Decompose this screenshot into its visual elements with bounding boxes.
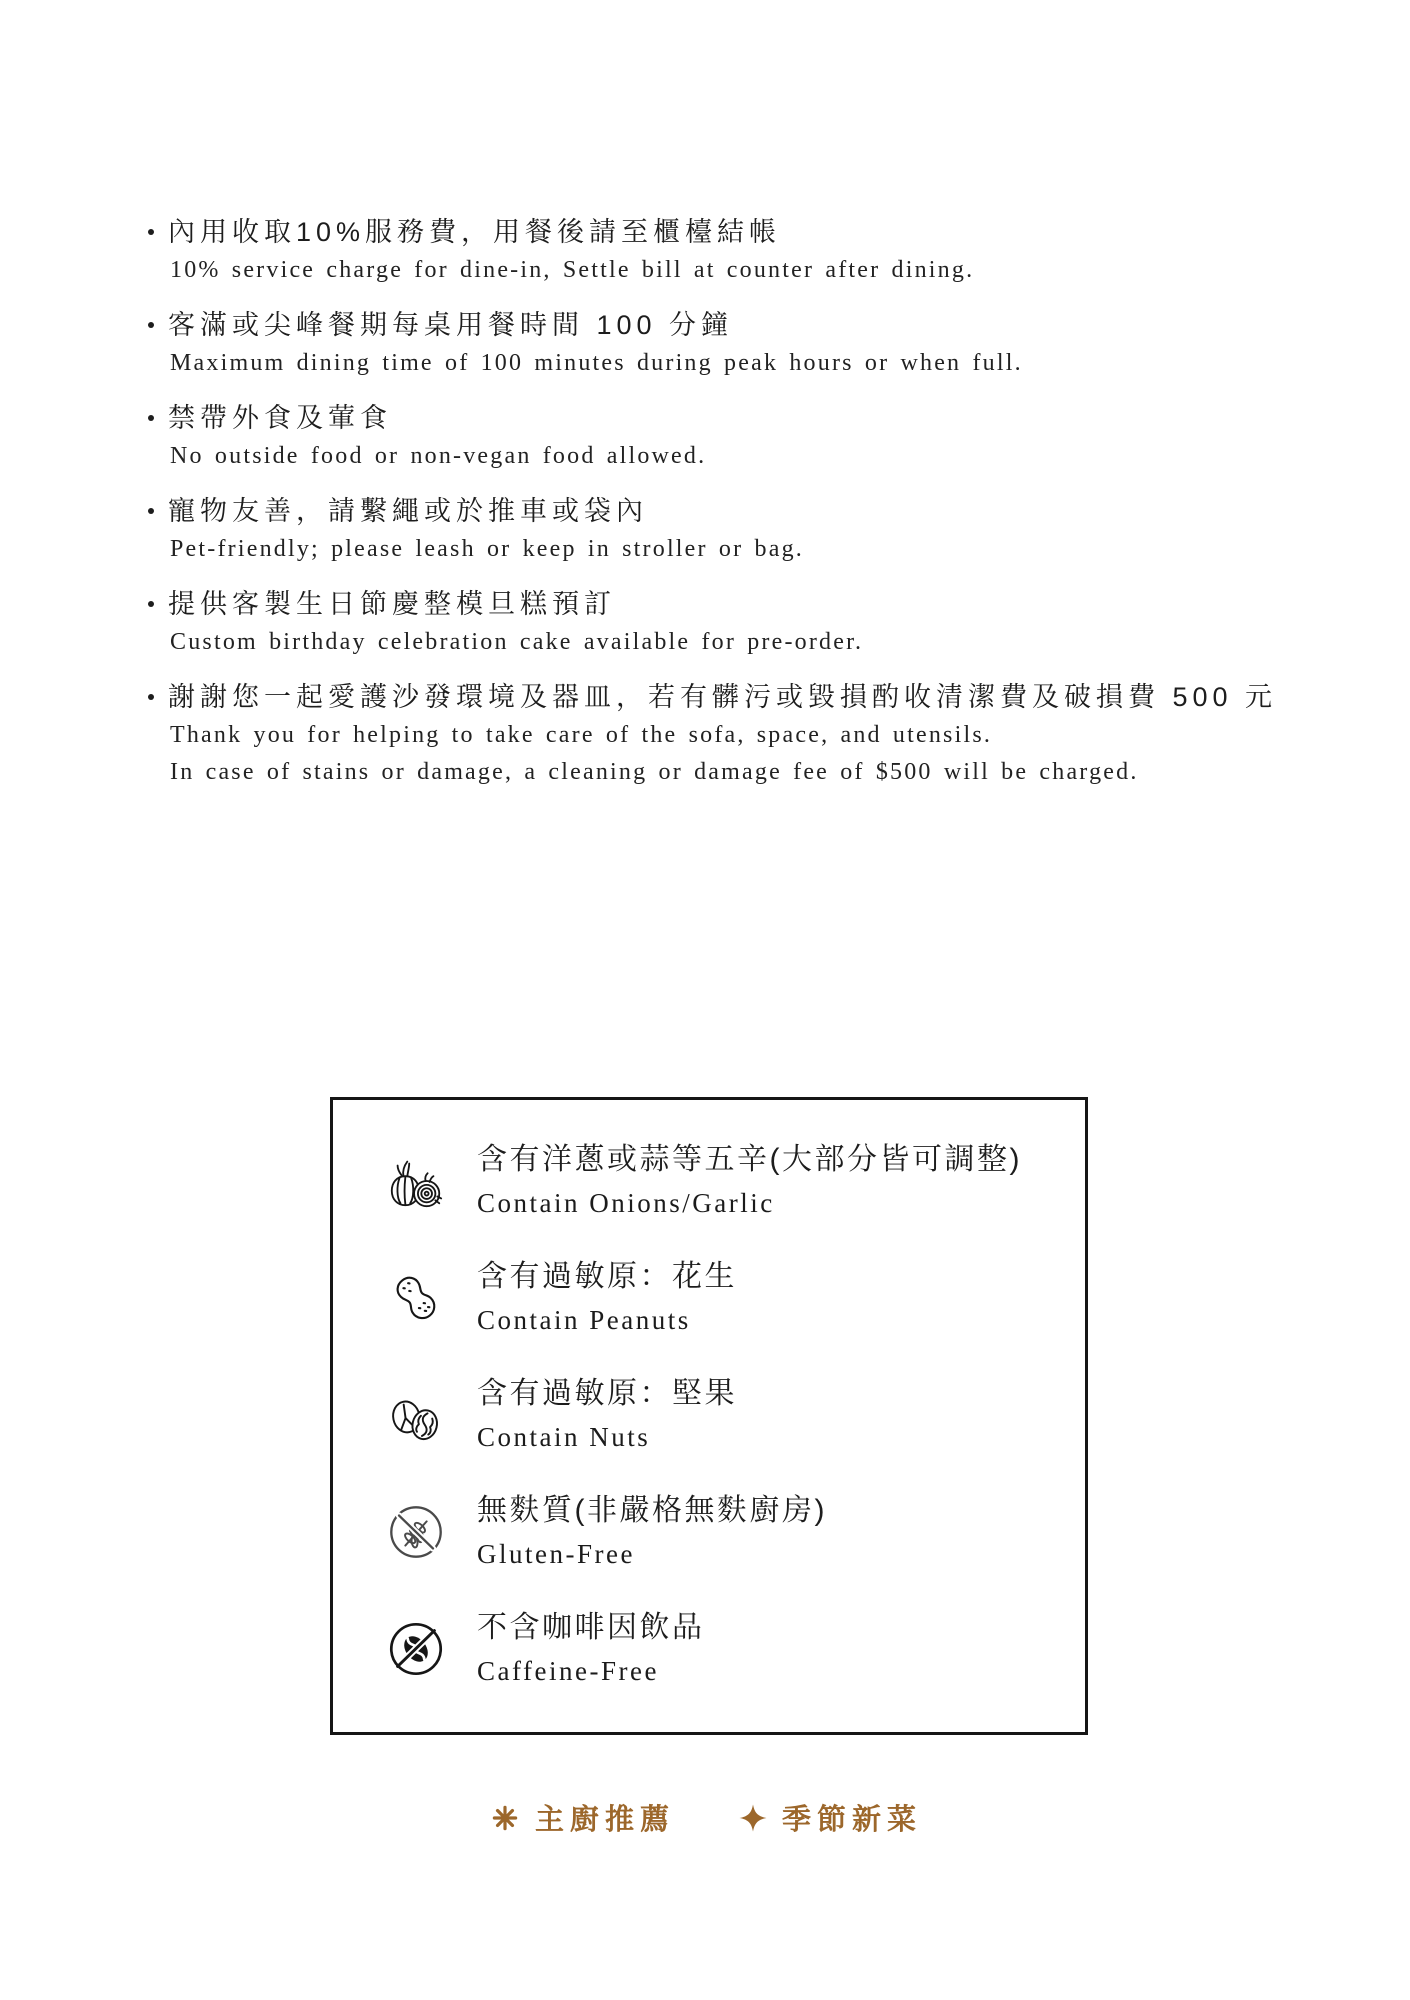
- rule-zh: 內用收取10%服務費，用餐後請至櫃檯結帳: [168, 212, 1326, 252]
- legend-text: 無麩質(非嚴格無麩廚房) Gluten-Free: [477, 1489, 827, 1575]
- rule-dining-time: 客滿或尖峰餐期每桌用餐時間 100 分鐘 Maximum dining time…: [146, 305, 1326, 382]
- legend-row-peanut: 含有過敏原：花生 Contain Peanuts: [333, 1239, 1085, 1356]
- legend-row-walnut: 含有過敏原：堅果 Contain Nuts: [333, 1356, 1085, 1473]
- rules-list: 內用收取10%服務費，用餐後請至櫃檯結帳 10% service charge …: [146, 212, 1326, 807]
- rule-service-charge: 內用收取10%服務費，用餐後請至櫃檯結帳 10% service charge …: [146, 212, 1326, 289]
- onion-garlic-icon: [383, 1148, 449, 1214]
- legend-text: 含有洋蔥或蒜等五辛(大部分皆可調整) Contain Onions/Garlic: [477, 1138, 1022, 1224]
- seasonal-new-item: 季節新菜: [737, 1797, 922, 1838]
- rule-zh: 謝謝您一起愛護沙發環境及器皿，若有髒污或毀損酌收清潔費及破損費 500 元: [168, 677, 1326, 717]
- legend-zh: 含有過敏原：花生: [477, 1255, 737, 1299]
- rule-zh: 提供客製生日節慶整模旦糕預訂: [168, 584, 1326, 624]
- rule-damage-fee: 謝謝您一起愛護沙發環境及器皿，若有髒污或毀損酌收清潔費及破損費 500 元 Th…: [146, 677, 1326, 791]
- rule-en: Maximum dining time of 100 minutes durin…: [170, 345, 1326, 382]
- footer-legend: 主廚推薦 季節新菜: [0, 1797, 1410, 1838]
- legend-text: 含有過敏原：堅果 Contain Nuts: [477, 1372, 737, 1458]
- bullet-dot-icon: [148, 415, 154, 421]
- rule-en: No outside food or non-vegan food allowe…: [170, 438, 1326, 475]
- legend-zh: 不含咖啡因飲品: [477, 1606, 705, 1650]
- rule-en: Thank you for helping to take care of th…: [170, 717, 1326, 754]
- asterisk-icon: [488, 1801, 522, 1835]
- legend-zh: 含有洋蔥或蒜等五辛(大部分皆可調整): [477, 1138, 1022, 1182]
- diamond-star-icon: [737, 1802, 769, 1834]
- legend-row-onion-garlic: 含有洋蔥或蒜等五辛(大部分皆可調整) Contain Onions/Garlic: [333, 1122, 1085, 1239]
- legend-text: 不含咖啡因飲品 Caffeine-Free: [477, 1606, 705, 1692]
- rule-pet-friendly: 寵物友善，請繫繩或於推車或袋內 Pet-friendly; please lea…: [146, 491, 1326, 568]
- legend-text: 含有過敏原：花生 Contain Peanuts: [477, 1255, 737, 1341]
- legend-en: Contain Onions/Garlic: [477, 1182, 1022, 1224]
- rule-zh: 客滿或尖峰餐期每桌用餐時間 100 分鐘: [168, 305, 1326, 345]
- peanut-icon: [383, 1265, 449, 1331]
- legend-en: Contain Peanuts: [477, 1299, 737, 1341]
- legend-box: 含有洋蔥或蒜等五辛(大部分皆可調整) Contain Onions/Garlic…: [330, 1097, 1088, 1735]
- bullet-dot-icon: [148, 694, 154, 700]
- legend-zh: 無麩質(非嚴格無麩廚房): [477, 1489, 827, 1533]
- rule-en: 10% service charge for dine-in, Settle b…: [170, 252, 1326, 289]
- gluten-free-icon: [383, 1499, 449, 1565]
- rule-birthday-cake: 提供客製生日節慶整模旦糕預訂 Custom birthday celebrati…: [146, 584, 1326, 661]
- legend-en: Caffeine-Free: [477, 1650, 705, 1692]
- seasonal-new-label: 季節新菜: [782, 1797, 922, 1838]
- bullet-dot-icon: [148, 229, 154, 235]
- menu-info-page: 內用收取10%服務費，用餐後請至櫃檯結帳 10% service charge …: [0, 0, 1410, 2000]
- bullet-dot-icon: [148, 508, 154, 514]
- chef-recommendation-item: 主廚推薦: [488, 1797, 675, 1838]
- bullet-dot-icon: [148, 601, 154, 607]
- rule-zh: 禁帶外食及葷食: [168, 398, 1326, 438]
- caffeine-free-icon: [383, 1616, 449, 1682]
- chef-recommendation-label: 主廚推薦: [535, 1797, 675, 1838]
- legend-en: Contain Nuts: [477, 1416, 737, 1458]
- legend-row-gluten-free: 無麩質(非嚴格無麩廚房) Gluten-Free: [333, 1473, 1085, 1590]
- walnut-icon: [383, 1382, 449, 1448]
- rule-en: Custom birthday celebration cake availab…: [170, 624, 1326, 661]
- bullet-dot-icon: [148, 322, 154, 328]
- legend-row-caffeine-free: 不含咖啡因飲品 Caffeine-Free: [333, 1590, 1085, 1707]
- rule-zh: 寵物友善，請繫繩或於推車或袋內: [168, 491, 1326, 531]
- rule-no-outside-food: 禁帶外食及葷食 No outside food or non-vegan foo…: [146, 398, 1326, 475]
- legend-zh: 含有過敏原：堅果: [477, 1372, 737, 1416]
- rule-en: In case of stains or damage, a cleaning …: [170, 754, 1326, 791]
- legend-en: Gluten-Free: [477, 1533, 827, 1575]
- rule-en: Pet-friendly; please leash or keep in st…: [170, 531, 1326, 568]
